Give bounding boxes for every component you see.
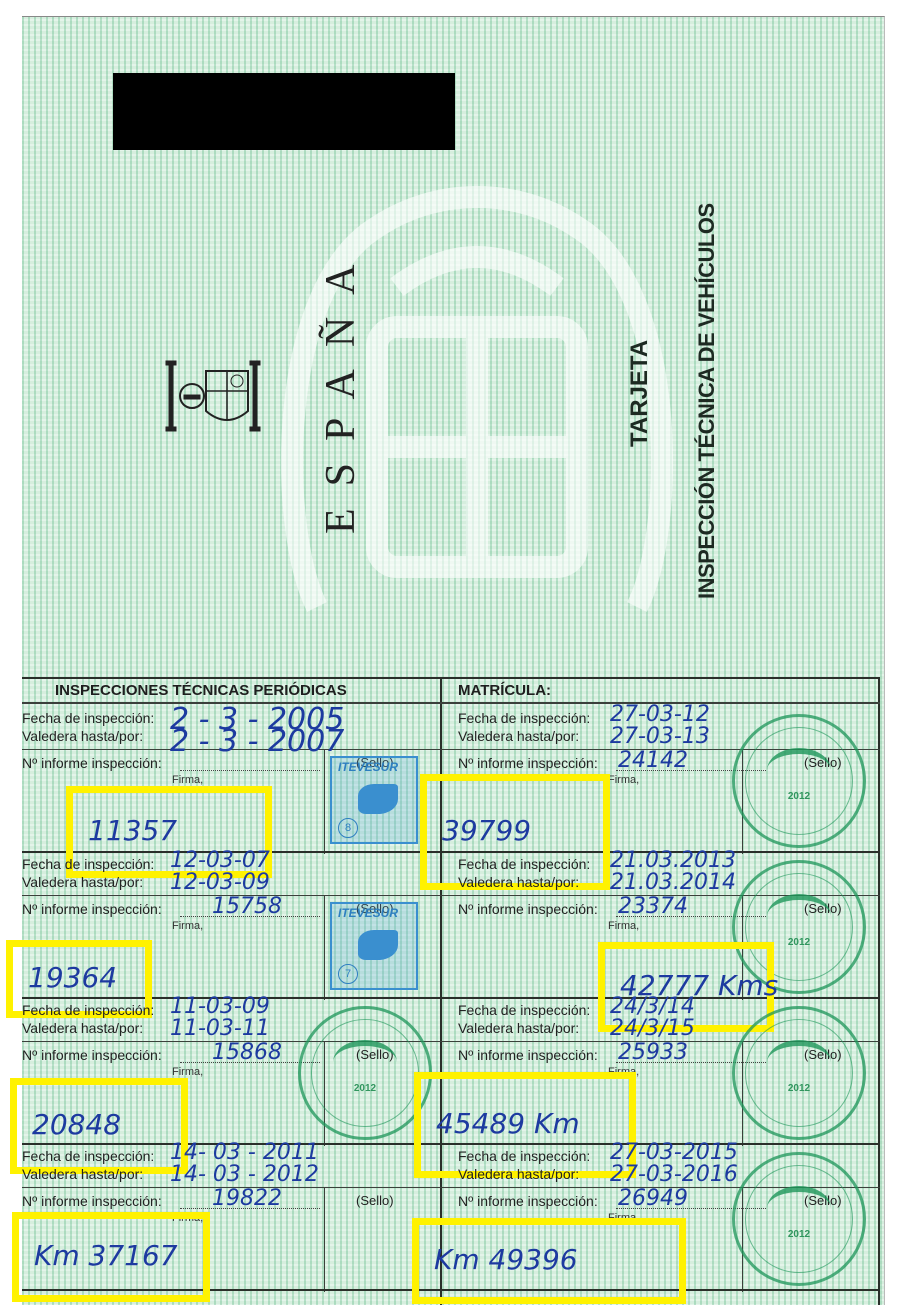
label-informe: Nº informe inspección: xyxy=(458,901,598,917)
itv-stamp-blue: ITEVESUR8 xyxy=(330,756,418,844)
stamp-number: 7 xyxy=(338,964,358,984)
label-informe: Nº informe inspección: xyxy=(458,1047,598,1063)
junta-andalucia-stamp: 2012 xyxy=(732,1152,866,1286)
label-valedera: Valedera hasta/por: xyxy=(458,1020,579,1036)
grid-line xyxy=(22,702,880,704)
junta-andalucia-stamp: 2012 xyxy=(298,1006,432,1140)
junta-logo-icon xyxy=(767,1040,831,1084)
stamp-number: 8 xyxy=(338,818,358,838)
label-informe: Nº informe inspección: xyxy=(22,901,162,917)
label-valedera: Valedera hasta/por: xyxy=(22,1166,143,1182)
itv-stamp-blue: ITEVESUR7 xyxy=(330,902,418,990)
label-fecha: Fecha de inspección: xyxy=(458,1002,590,1018)
label-informe: Nº informe inspección: xyxy=(22,1193,162,1209)
handwritten-km: 39799 xyxy=(442,814,531,847)
stamp-year: 2012 xyxy=(735,791,863,802)
right-section-header: MATRÍCULA: xyxy=(458,682,551,699)
label-valedera: Valedera hasta/por: xyxy=(22,728,143,744)
handwritten-valedera: 2 - 3 - 2007 xyxy=(170,724,344,759)
stamp-text: ITEVESUR xyxy=(338,906,398,920)
handwritten-informe: 19822 xyxy=(212,1186,282,1211)
label-valedera: Valedera hasta/por: xyxy=(458,728,579,744)
label-firma: Firma, xyxy=(608,774,639,786)
handwritten-valedera: 11-03-11 xyxy=(170,1016,270,1041)
handwritten-valedera: 27-03-2016 xyxy=(610,1162,738,1187)
redacted-area xyxy=(113,73,455,150)
label-fecha: Fecha de inspección: xyxy=(22,1148,154,1164)
label-fecha: Fecha de inspección: xyxy=(458,1148,590,1164)
label-informe: Nº informe inspección: xyxy=(22,755,162,771)
stamp-divider xyxy=(324,895,325,1000)
label-firma: Firma, xyxy=(172,774,203,786)
junta-logo-icon xyxy=(767,894,831,938)
label-valedera: Valedera hasta/por: xyxy=(22,1020,143,1036)
handwritten-valedera: 14- 03 - 2012 xyxy=(170,1162,319,1187)
card-title: TARJETA xyxy=(626,340,654,447)
stamp-divider xyxy=(324,749,325,854)
handwritten-informe: 23374 xyxy=(618,894,688,919)
right-edge-line xyxy=(878,677,880,1305)
handwritten-informe: 26949 xyxy=(618,1186,688,1211)
stamp-text: ITEVESUR xyxy=(338,760,398,774)
handwritten-informe: 15758 xyxy=(212,894,282,919)
handwritten-valedera: 12-03-09 xyxy=(170,870,270,895)
stamp-divider xyxy=(324,1187,325,1292)
junta-logo-icon xyxy=(767,748,831,792)
label-fecha: Fecha de inspección: xyxy=(458,710,590,726)
stamp-year: 2012 xyxy=(301,1083,429,1094)
bird-logo-icon xyxy=(358,930,398,960)
card-subtitle: INSPECCIÓN TÉCNICA DE VEHÍCULOS xyxy=(694,203,720,599)
label-firma: Firma, xyxy=(608,920,639,932)
handwritten-km: Km 37167 xyxy=(34,1239,178,1272)
handwritten-informe: 24142 xyxy=(618,748,688,773)
label-fecha: Fecha de inspección: xyxy=(22,1002,154,1018)
label-valedera: Valedera hasta/por: xyxy=(458,1166,579,1182)
country-name: ESPAÑA xyxy=(317,242,365,534)
stamp-year: 2012 xyxy=(735,1229,863,1240)
junta-andalucia-stamp: 2012 xyxy=(732,1006,866,1140)
label-valedera: Valedera hasta/por: xyxy=(458,874,579,890)
handwritten-km: 19364 xyxy=(28,961,117,994)
handwritten-valedera: 24/3/15 xyxy=(610,1016,695,1041)
junta-logo-icon xyxy=(767,1186,831,1230)
spain-coat-of-arms-icon xyxy=(164,355,262,437)
bird-logo-icon xyxy=(358,784,398,814)
label-firma: Firma, xyxy=(172,1066,203,1078)
label-fecha: Fecha de inspección: xyxy=(458,856,590,872)
junta-logo-icon xyxy=(333,1040,397,1084)
handwritten-valedera: 21.03.2014 xyxy=(610,870,736,895)
grid-line xyxy=(22,677,880,679)
column-divider xyxy=(440,677,442,1305)
handwritten-informe: 15868 xyxy=(212,1040,282,1065)
label-informe: Nº informe inspección: xyxy=(458,1193,598,1209)
label-sello: (Sello) xyxy=(356,1193,394,1208)
label-fecha: Fecha de inspección: xyxy=(22,856,154,872)
handwritten-informe: 25933 xyxy=(618,1040,688,1065)
handwritten-km: Km 49396 xyxy=(434,1243,578,1276)
label-informe: Nº informe inspección: xyxy=(22,1047,162,1063)
label-informe: Nº informe inspección: xyxy=(458,755,598,771)
handwritten-valedera: 27-03-13 xyxy=(610,724,710,749)
handwritten-km: 11357 xyxy=(88,814,177,847)
junta-andalucia-stamp: 2012 xyxy=(732,714,866,848)
left-section-header: INSPECCIONES TÉCNICAS PERIÓDICAS xyxy=(55,682,347,699)
dotted-line xyxy=(180,770,320,771)
label-firma: Firma, xyxy=(172,920,203,932)
handwritten-km: 20848 xyxy=(32,1108,121,1141)
label-valedera: Valedera hasta/por: xyxy=(22,874,143,890)
label-fecha: Fecha de inspección: xyxy=(22,710,154,726)
stamp-year: 2012 xyxy=(735,1083,863,1094)
handwritten-km: 45489 Km xyxy=(436,1107,580,1140)
